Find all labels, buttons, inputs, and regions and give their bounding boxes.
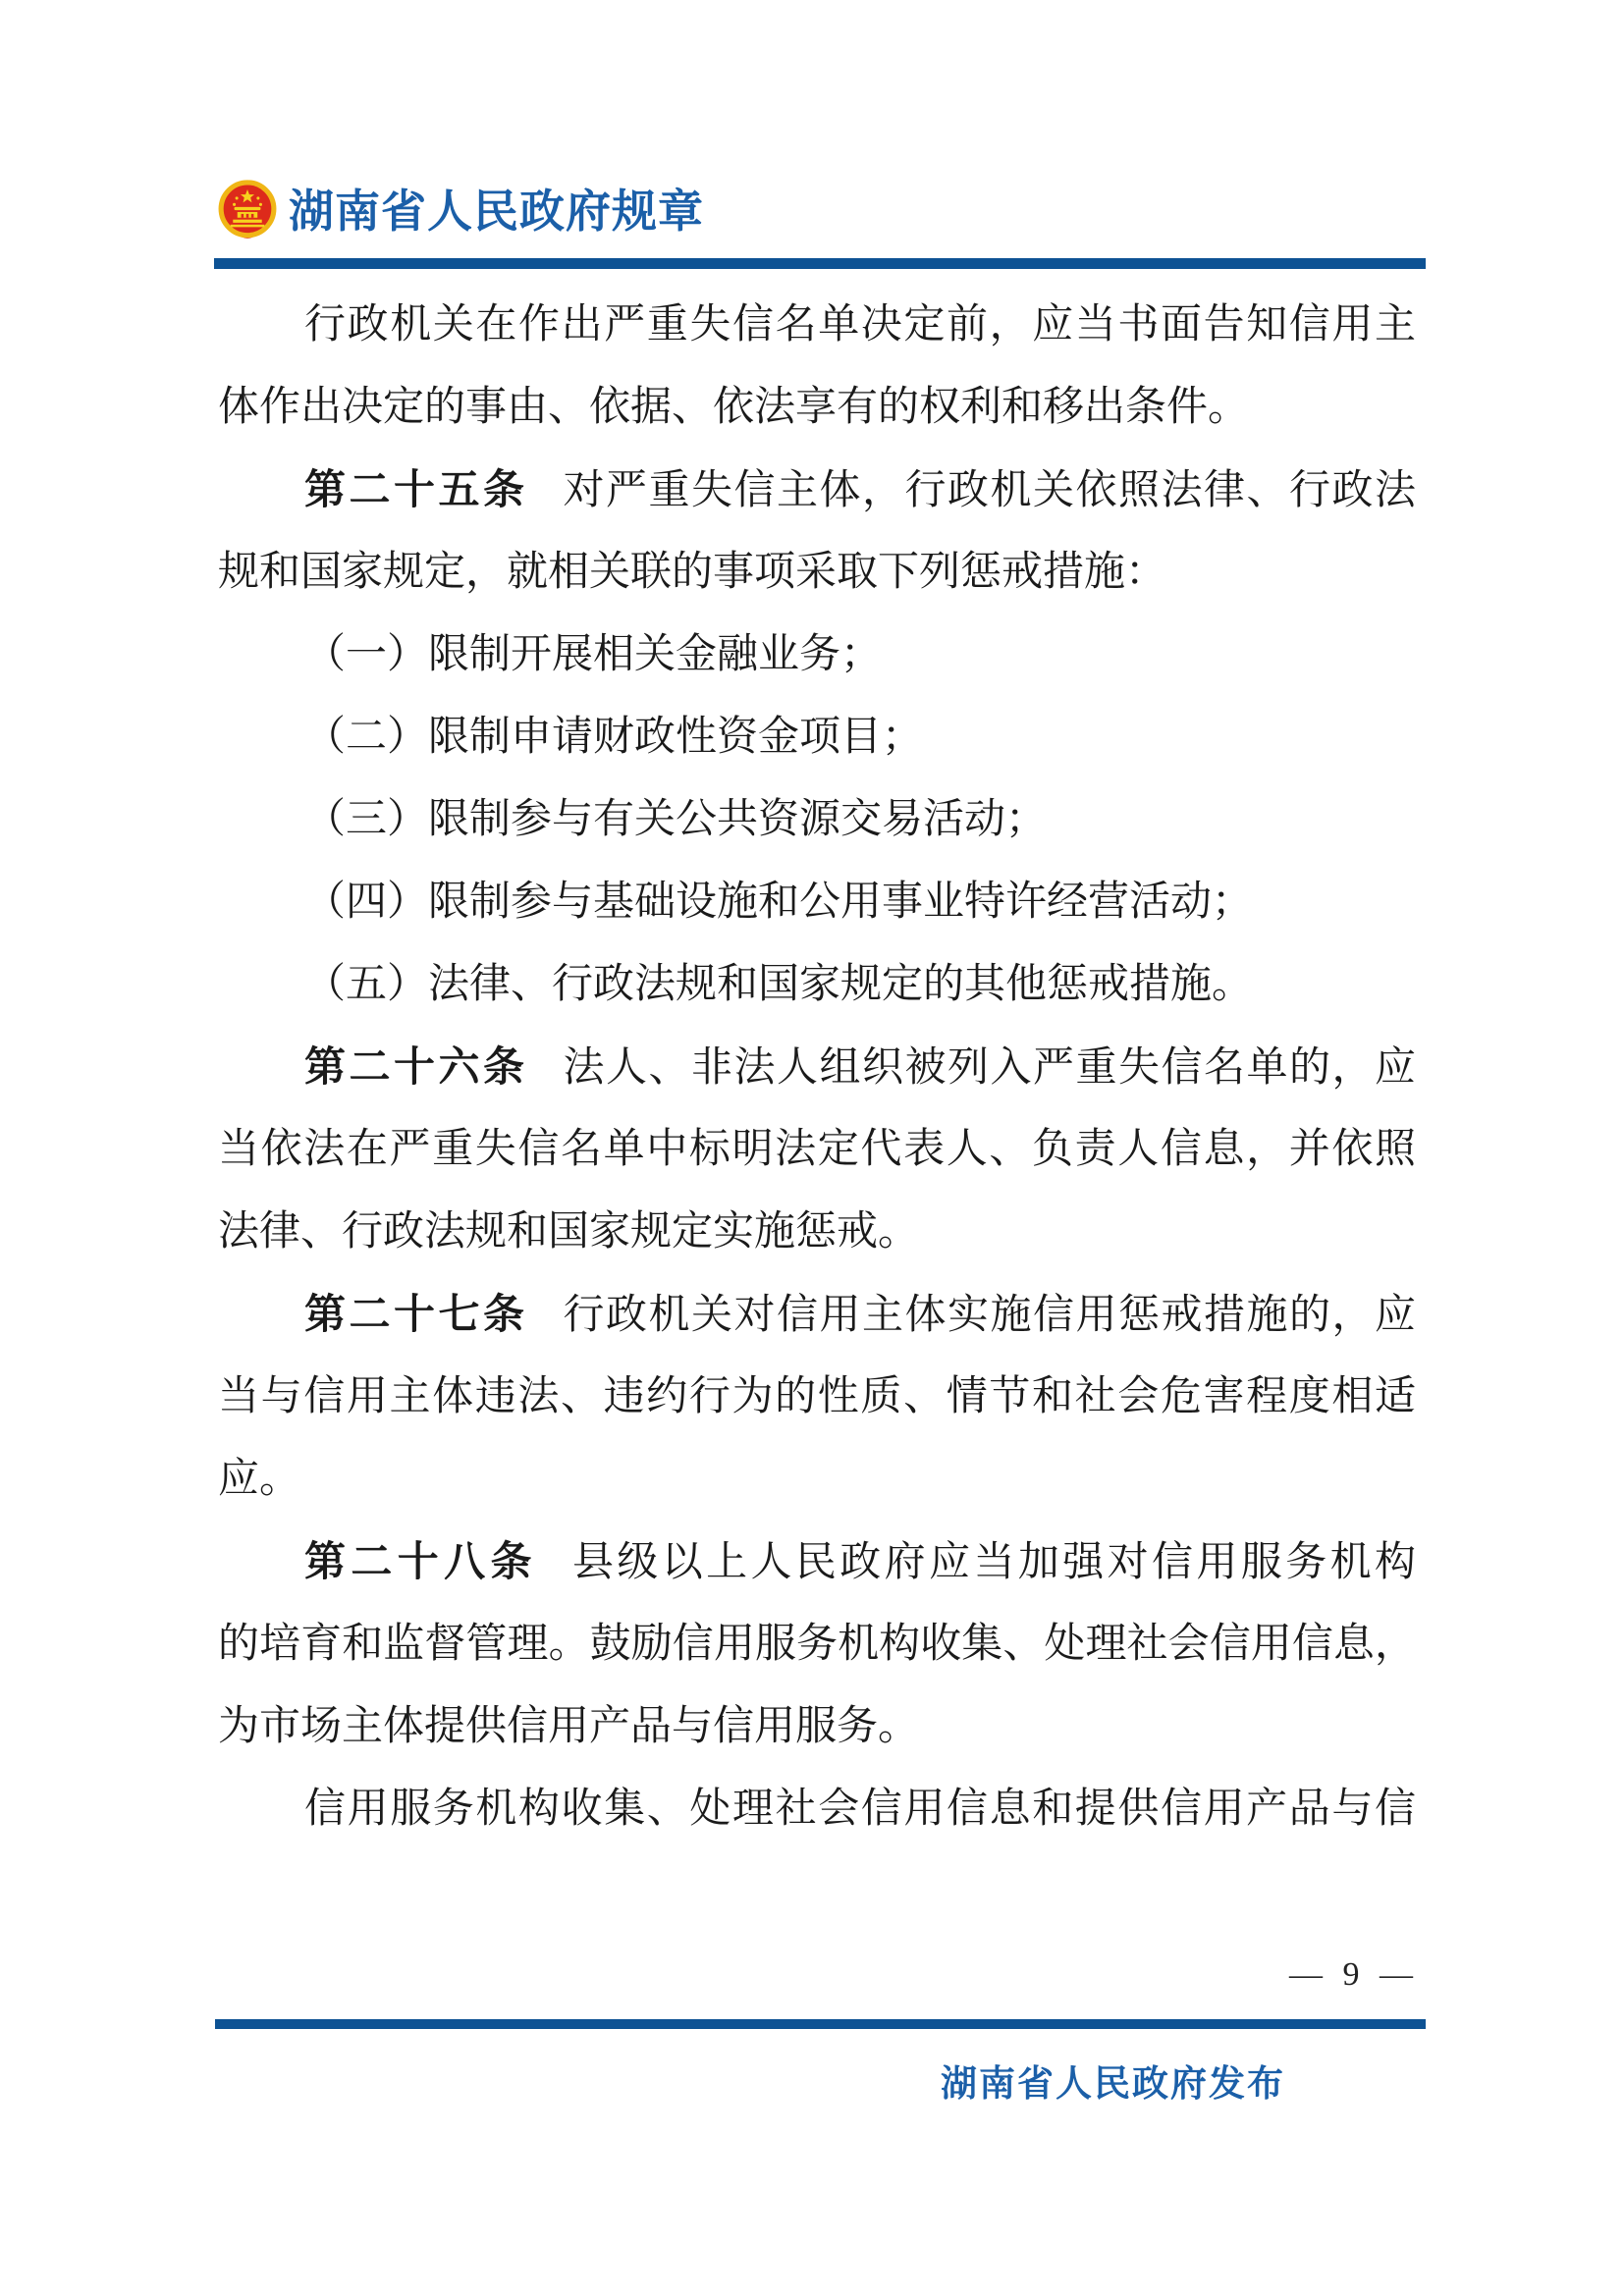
text-line: 当依法在严重失信名单中标明法定代表人、负责人信息，并依照 [218,1108,1416,1191]
line-text: （二）限制申请财政性资金项目； [304,715,923,760]
footer-divider [215,2019,1426,2029]
article-number: 第二十八条 [304,1538,537,1584]
text-line: 第二十五条对严重失信主体，行政机关依照法律、行政法 [218,449,1416,531]
text-line: 第二十六条法人、非法人组织被列入严重失信名单的，应 [218,1026,1416,1108]
line-text: 行政机关在作出严重失信名单决定前，应当书面告知信用主 [304,302,1416,347]
line-text: 法律、行政法规和国家规定实施惩戒。 [218,1209,919,1255]
text-line: 为市场主体提供信用产品与信用服务。 [218,1685,1416,1768]
line-text: 法人、非法人组织被列入严重失信名单的，应 [564,1045,1416,1091]
list-item: （四）限制参与基础设施和公用事业特许经营活动； [218,861,1416,943]
text-line: 信用服务机构收集、处理社会信用信息和提供信用产品与信 [218,1768,1416,1850]
text-line: 法律、行政法规和国家规定实施惩戒。 [218,1191,1416,1273]
text-line: 当与信用主体违法、违约行为的性质、情节和社会危害程度相适 [218,1356,1416,1438]
line-text: 行政机关对信用主体实施信用惩戒措施的，应 [564,1293,1416,1338]
line-text: 规和国家规定，就相关联的事项采取下列惩戒措施： [218,550,1166,595]
list-item: （二）限制申请财政性资金项目； [218,696,1416,778]
publisher-name: 湖南省人民政府发布 [941,2059,1285,2110]
text-line: 规和国家规定，就相关联的事项采取下列惩戒措施： [218,531,1416,614]
article-number: 第二十七条 [304,1291,528,1337]
document-page: 湖南省人民政府规章 行政机关在作出严重失信名单决定前，应当书面告知信用主 体作出… [0,0,1624,2296]
article-number: 第二十六条 [304,1043,528,1090]
text-line: 的培育和监督管理。鼓励信用服务机构收集、处理社会信用信息， [218,1603,1416,1685]
national-emblem-icon [216,179,279,245]
line-text: （五）法律、行政法规和国家规定的其他惩戒措施。 [304,962,1253,1007]
list-item: （一）限制开展相关金融业务； [218,614,1416,696]
line-text: 体作出决定的事由、依据、依法享有的权利和移出条件。 [218,385,1249,430]
line-text: 信用服务机构收集、处理社会信用信息和提供信用产品与信 [304,1787,1416,1832]
page-title: 湖南省人民政府规章 [289,179,704,245]
line-text: （四）限制参与基础设施和公用事业特许经营活动； [304,880,1253,925]
document-body: 行政机关在作出严重失信名单决定前，应当书面告知信用主 体作出决定的事由、依据、依… [218,284,1416,1850]
header-divider [214,258,1426,269]
line-text: 对严重失信主体，行政机关依照法律、行政法 [564,468,1416,513]
line-text: （三）限制参与有关公共资源交易活动； [304,797,1047,842]
text-line: 应。 [218,1438,1416,1521]
line-text: （一）限制开展相关金融业务； [304,632,882,677]
text-line: 体作出决定的事由、依据、依法享有的权利和移出条件。 [218,366,1416,449]
text-line: 第二十八条县级以上人民政府应当加强对信用服务机构 [218,1521,1416,1603]
line-text: 应。 [218,1457,300,1502]
text-line: 行政机关在作出严重失信名单决定前，应当书面告知信用主 [218,284,1416,366]
text-line: 第二十七条行政机关对信用主体实施信用惩戒措施的，应 [218,1273,1416,1356]
document-header: 湖南省人民政府规章 [216,179,704,245]
list-item: （五）法律、行政法规和国家规定的其他惩戒措施。 [218,943,1416,1026]
list-item: （三）限制参与有关公共资源交易活动； [218,778,1416,861]
page-number: — 9 — [1289,1951,1419,1999]
line-text: 当依法在严重失信名单中标明法定代表人、负责人信息，并依照 [218,1127,1416,1172]
line-text: 县级以上人民政府应当加强对信用服务机构 [572,1540,1416,1585]
line-text: 为市场主体提供信用产品与信用服务。 [218,1704,919,1749]
line-text: 的培育和监督管理。鼓励信用服务机构收集、处理社会信用信息， [218,1622,1416,1667]
article-number: 第二十五条 [304,466,528,512]
line-text: 当与信用主体违法、违约行为的性质、情节和社会危害程度相适 [218,1374,1416,1419]
